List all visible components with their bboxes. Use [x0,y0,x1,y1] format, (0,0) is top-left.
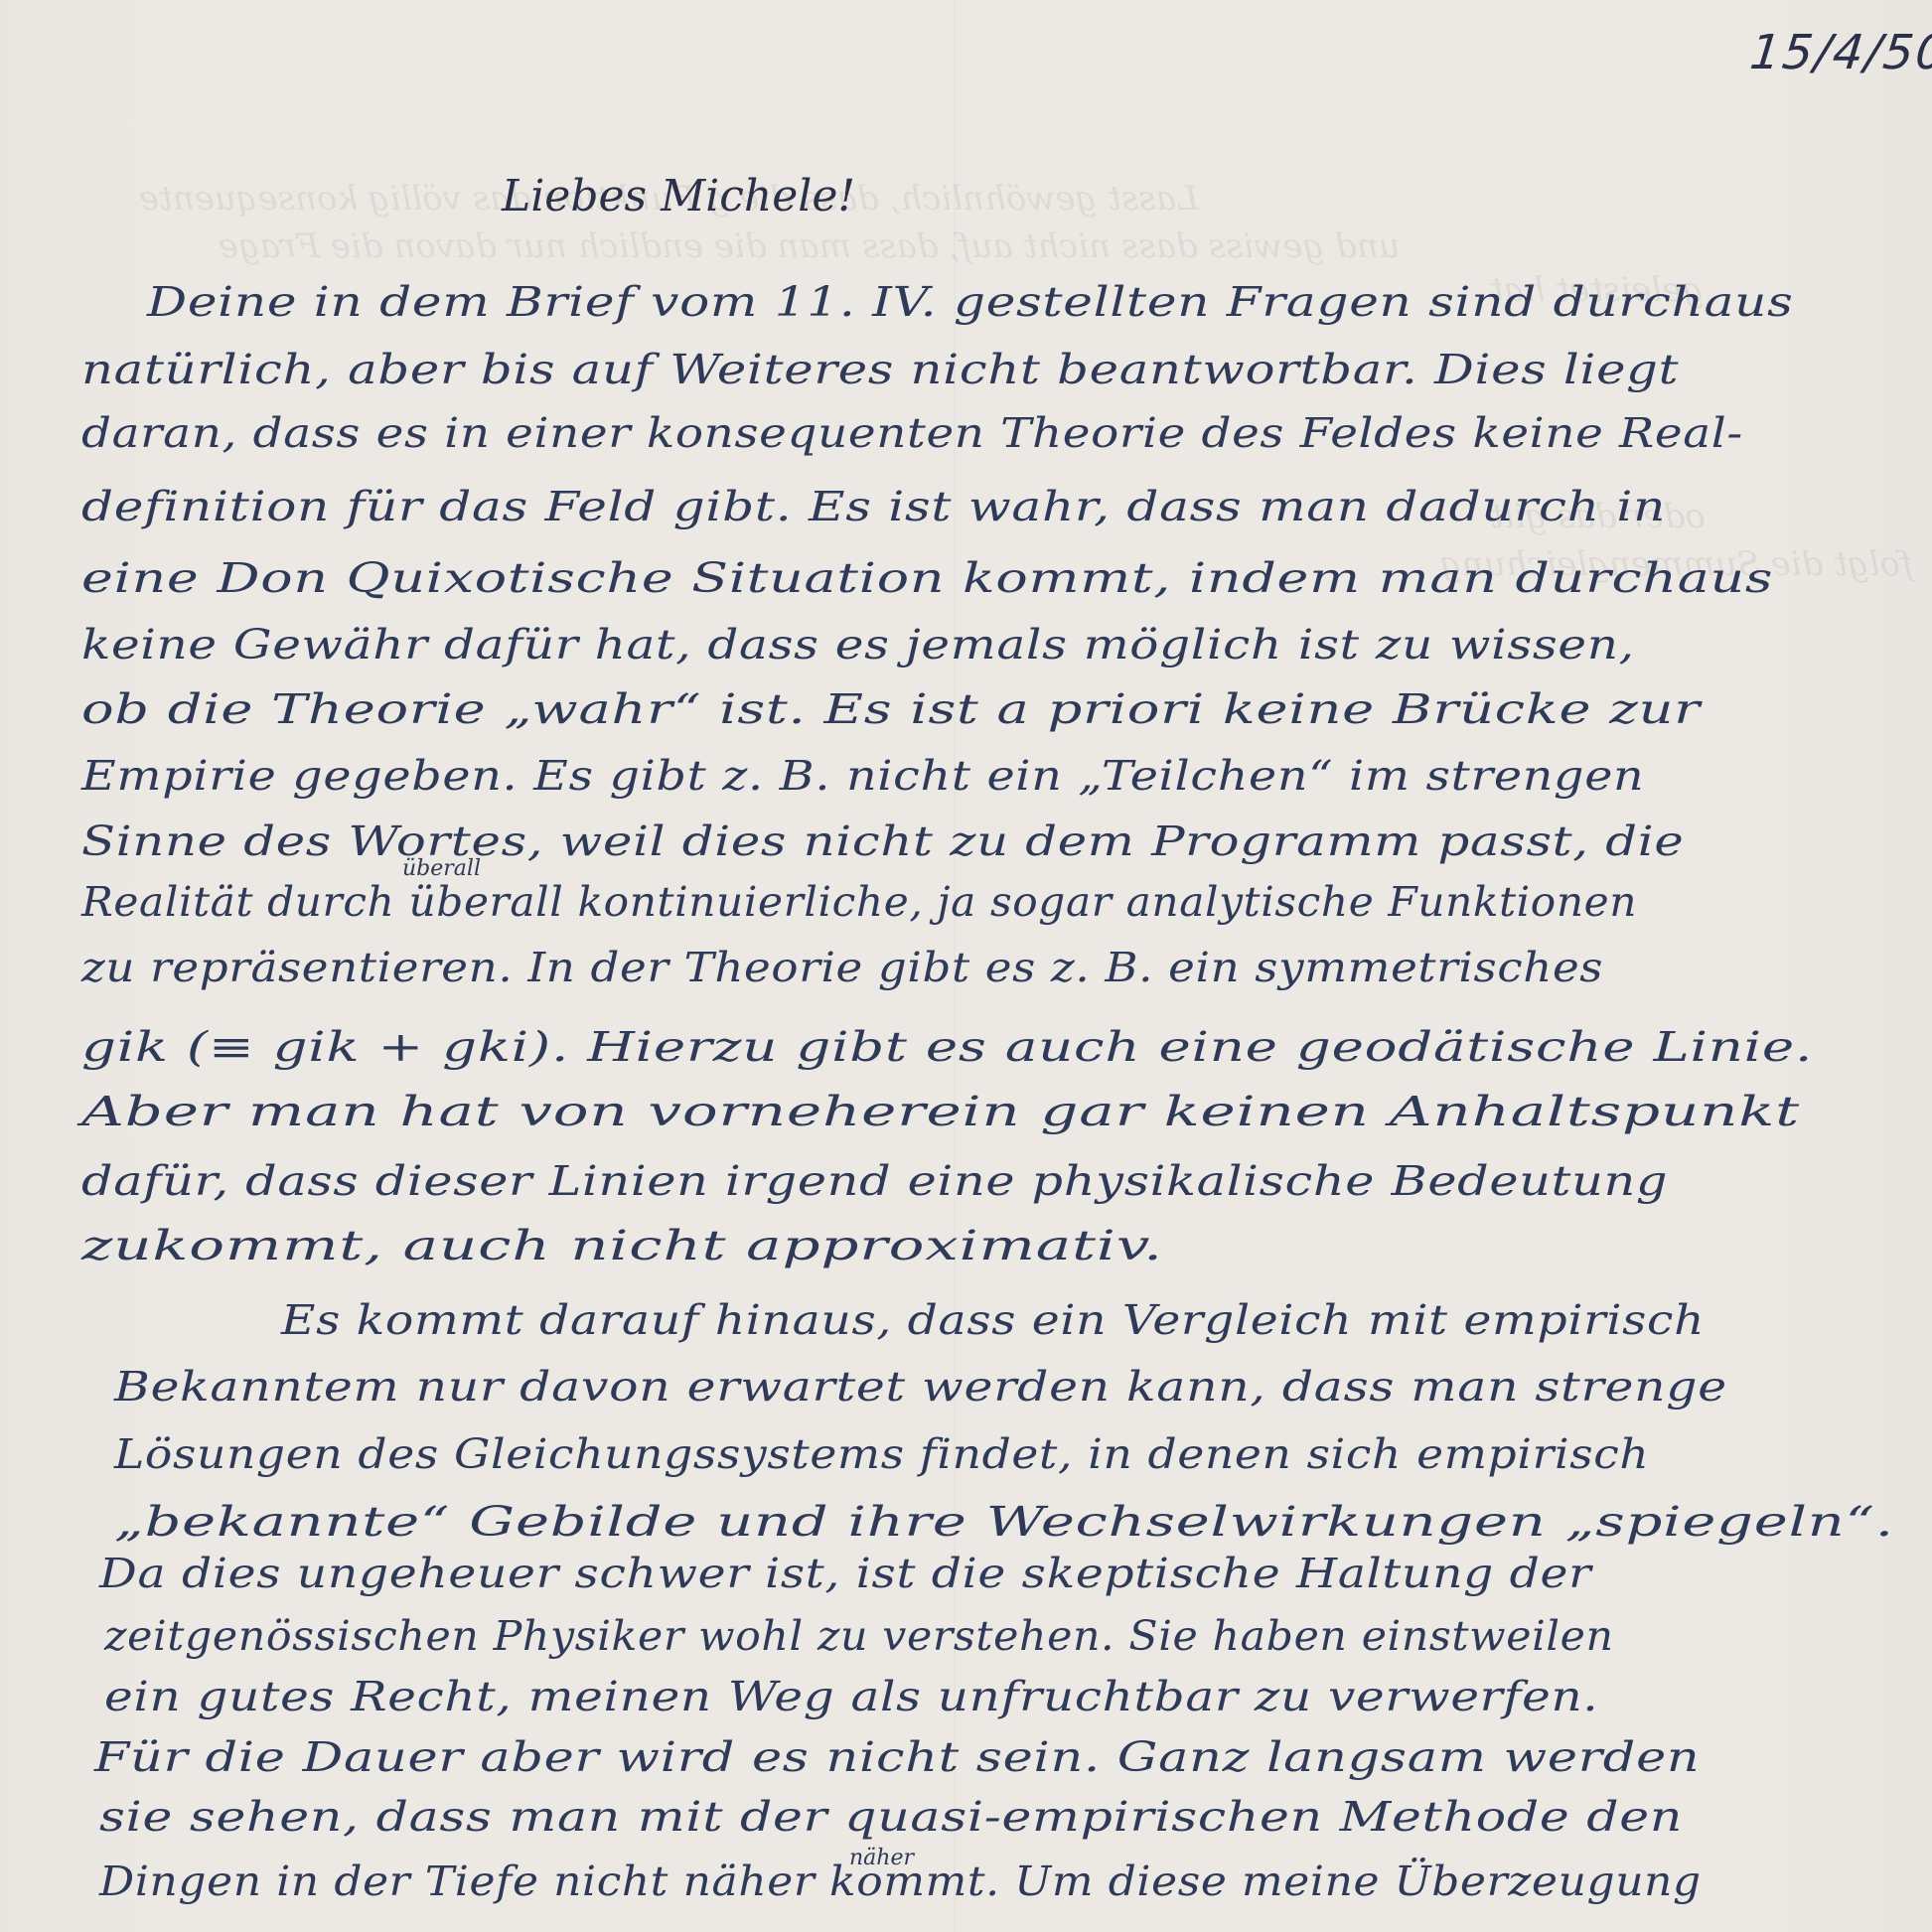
letter-line: definition für das Feld gibt. Es ist wah… [81,483,1666,530]
letter-line: eine Don Quixotische Situation kommt, in… [81,554,1773,602]
letter-line: Empirie gegeben. Es gibt z. B. nicht ein… [81,752,1644,800]
letter-line: Für die Dauer aber wird es nicht sein. G… [94,1733,1700,1781]
bleed-through-text: und gewiss dass nicht auf, dass man die … [219,226,1401,266]
letter-line: ob die Theorie „wahr“ ist. Es ist a prio… [81,685,1701,733]
letter-line: zeitgenössischen Physiker wohl zu verste… [104,1612,1614,1660]
letter-line: zu repräsentieren. In der Theorie gibt e… [81,944,1603,991]
letter-line: Lösungen des Gleichungssystems findet, i… [114,1430,1649,1478]
letter-line: Deine in dem Brief vom 11. IV. gestellte… [147,278,1794,326]
letter-line: Dingen in der Tiefe nicht näher kommt. U… [99,1858,1702,1905]
letter-line: gik (≡ gik + gki). Hierzu gibt es auch e… [81,1023,1813,1071]
letter-line: zukommt, auch nicht approximativ. [81,1222,1163,1269]
letter-line: keine Gewähr dafür hat, dass es jemals m… [81,621,1635,669]
letter-line: „bekannte“ Gebilde und ihre Wechselwirku… [114,1498,1894,1546]
letter-line: Sinne des Wortes, weil dies nicht zu dem… [81,817,1684,865]
letter-page: Lasst gewöhnlich, dass die g Funktion da… [0,0,1932,1932]
letter-line: ein gutes Recht, meinen Weg als unfrucht… [104,1673,1598,1720]
letter-line: Realität durch überall kontinuierliche, … [81,878,1637,926]
salutation: Liebes Michele! [502,171,855,222]
letter-line: Es kommt darauf hinaus, dass ein Verglei… [281,1296,1705,1344]
letter-line: Bekanntem nur davon erwartet werden kann… [114,1363,1727,1411]
letter-line: Aber man hat von vorneherein gar keinen … [81,1088,1800,1135]
letter-line: sie sehen, dass man mit der quasi-empiri… [99,1793,1683,1841]
letter-line: natürlich, aber bis auf Weiteres nicht b… [81,346,1679,393]
letter-line: Da dies ungeheuer schwer ist, ist die sk… [99,1550,1591,1597]
letter-date: 15/4/50 [1747,25,1932,80]
letter-line: daran, dass es in einer konsequenten The… [81,409,1743,457]
letter-line: dafür, dass dieser Linien irgend eine ph… [81,1157,1668,1205]
